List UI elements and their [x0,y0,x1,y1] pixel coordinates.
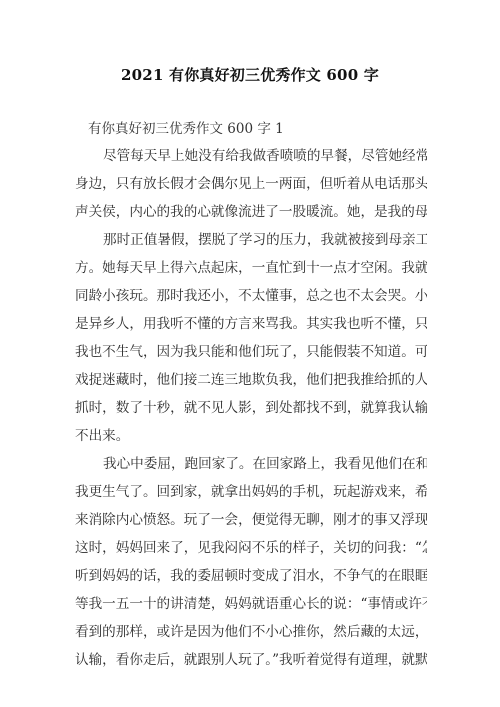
paragraph-line: 同龄小孩玩。那时我还小，不太懂事，总之也不太会哭。小孩欺负我 [75,287,427,305]
paragraph-line: 声关侯，内心的我的心就像流进了一股暖流。她，是我的母亲。 [75,203,427,221]
document-page: 2021 有你真好初三优秀作文 600 字 有你真好初三优秀作文 600 字 1… [0,0,500,707]
essay-heading: 有你真好初三优秀作文 600 字 1 [88,117,284,137]
paragraph-line: 等我一五一十的讲清楚，妈妈就语重心长的说：“事情或许不是你所 [75,595,427,613]
paragraph-line: 不出来。 [75,427,427,445]
paragraph-line: 是异乡人，用我听不懂的方言来骂我。其实我也听不懂，只是猜测。 [75,315,427,333]
paragraph-line: 认输，看你走后，就跟别人玩了。”我听着觉得有道理，就默默收起 [75,651,427,669]
paragraph-line: 听到妈妈的话，我的委屈顿时变成了泪水，不争气的在眼眶里打转。 [75,567,427,585]
paragraph-line: 我更生气了。回到家，就拿出妈妈的手机，玩起游戏来，希望玩游戏 [75,483,427,501]
paragraph-line: 方。她每天早上得六点起床，一直忙到十一点才空闲。我就跟附近的 [75,259,427,277]
paragraph-line: 来消除内心愤怒。玩了一会，便觉得无聊，刚才的事又浮现在眼前， [75,511,427,529]
paragraph-line: 戏捉迷藏时，他们接二连三地欺负我，他们把我推给抓的人抓;到我 [75,371,427,389]
paragraph-line: 那时正值暑假，摆脱了学习的压力，我就被接到母亲工作的地 [103,231,427,249]
paragraph-line: 看到的那样，或许是因为他们不小心推你，然后藏的太远，听不到你 [75,623,427,641]
paragraph-line: 身边，只有放长假才会偶尔见上一两面，但听着从电话那头传来的声 [75,175,427,193]
paragraph-line: 抓时，数了十秒，就不见人影，到处都找不到，就算我认输，他们也 [75,399,427,417]
paragraph-line: 尽管每天早上她没有给我做香喷喷的早餐，尽管她经常不在我 [103,147,427,165]
paragraph-line: 这时，妈妈回来了，见我闷闷不乐的样子，关切的问我：“怎么了?” [75,539,427,557]
paragraph-line: 我心中委屈，跑回家了。在回家路上，我看见他们在和别人玩， [103,455,427,473]
paragraph-line: 我也不生气，因为我只能和他们玩了，只能假装不知道。可是在玩游 [75,343,427,361]
document-title: 2021 有你真好初三优秀作文 600 字 [0,64,500,85]
